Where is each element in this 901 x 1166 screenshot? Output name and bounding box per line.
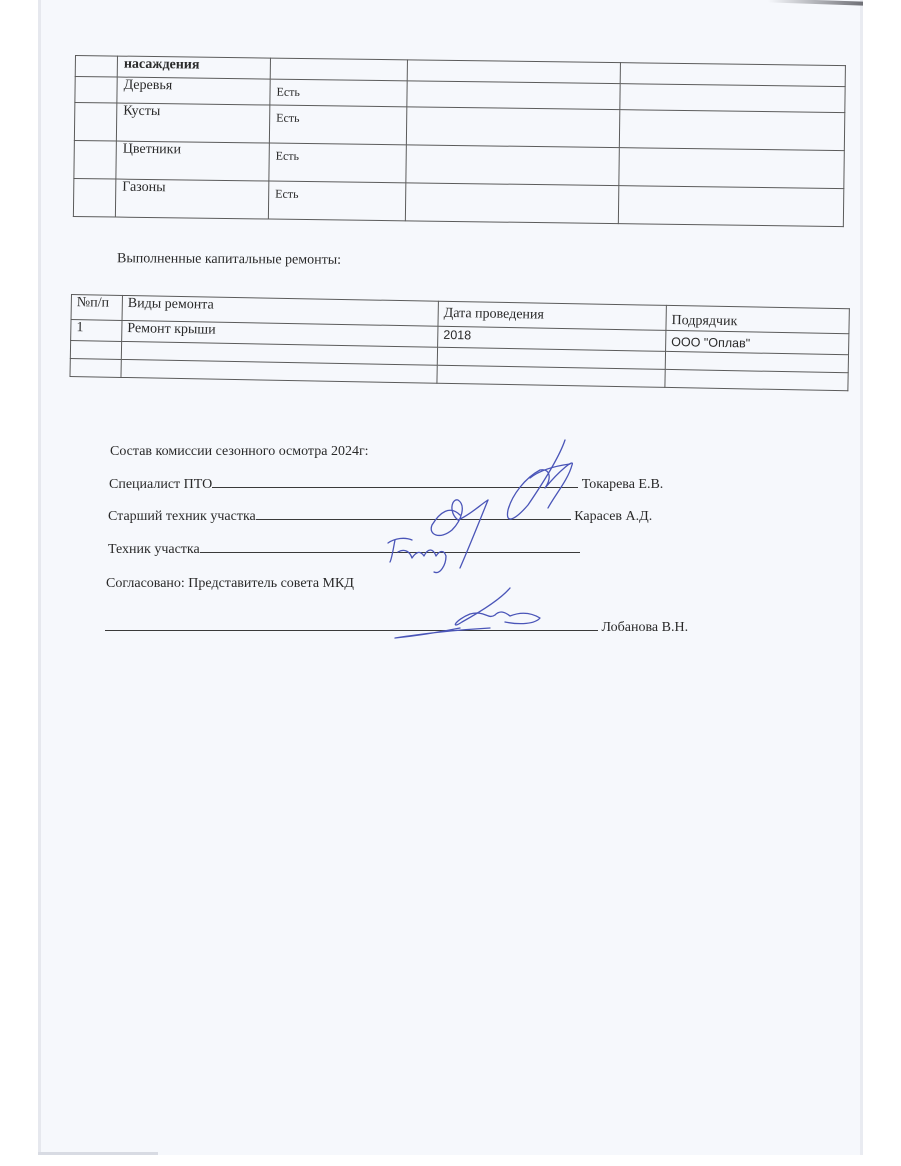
- commission-title: Состав комиссии сезонного осмотра 2024г:: [110, 444, 369, 460]
- member-role: Специалист ПТО: [109, 477, 212, 492]
- signature-row: Специалист ПТО Токарева Е.В.: [109, 475, 663, 493]
- row-value: Есть: [268, 181, 405, 221]
- signature-row: Техник участка: [108, 540, 580, 558]
- member-role: Техник участка: [108, 542, 200, 557]
- approval-label: Согласовано: Представитель совета МКД: [106, 576, 354, 592]
- member-name: Токарева Е.В.: [582, 477, 664, 492]
- signature-row: Старший техник участка Карасев А.Д.: [108, 507, 652, 525]
- row-label: Деревья: [117, 77, 270, 105]
- column-header: Подрядчик: [666, 305, 849, 333]
- scan-edge: [38, 1152, 158, 1155]
- column-header: №п/п: [71, 295, 122, 321]
- scan-artifact: [768, 0, 863, 6]
- row-label: насаждения: [117, 56, 270, 79]
- member-role: Старший техник участка: [108, 509, 256, 524]
- row-value: Есть: [269, 143, 406, 183]
- repairs-caption: Выполненные капитальные ремонты:: [117, 251, 341, 269]
- row-label: Газоны: [115, 179, 268, 219]
- row-value: Есть: [269, 105, 406, 145]
- member-name: Карасев А.Д.: [574, 509, 652, 524]
- row-value: Есть: [270, 79, 407, 107]
- signature-line: [200, 540, 580, 553]
- approval-name: Лобанова В.Н.: [602, 620, 689, 635]
- row-label: Кусты: [116, 103, 269, 143]
- repairs-table: №п/п Виды ремонта Дата проведения Подряд…: [69, 294, 848, 391]
- signature-line: [256, 507, 571, 520]
- signature-line: [212, 475, 578, 488]
- signature-row: Лобанова В.Н.: [105, 618, 688, 636]
- plantings-table: насаждения Деревья Есть Кусты Есть Цветн…: [73, 55, 845, 240]
- row-label: Цветники: [116, 141, 269, 181]
- signature-line: [105, 618, 598, 631]
